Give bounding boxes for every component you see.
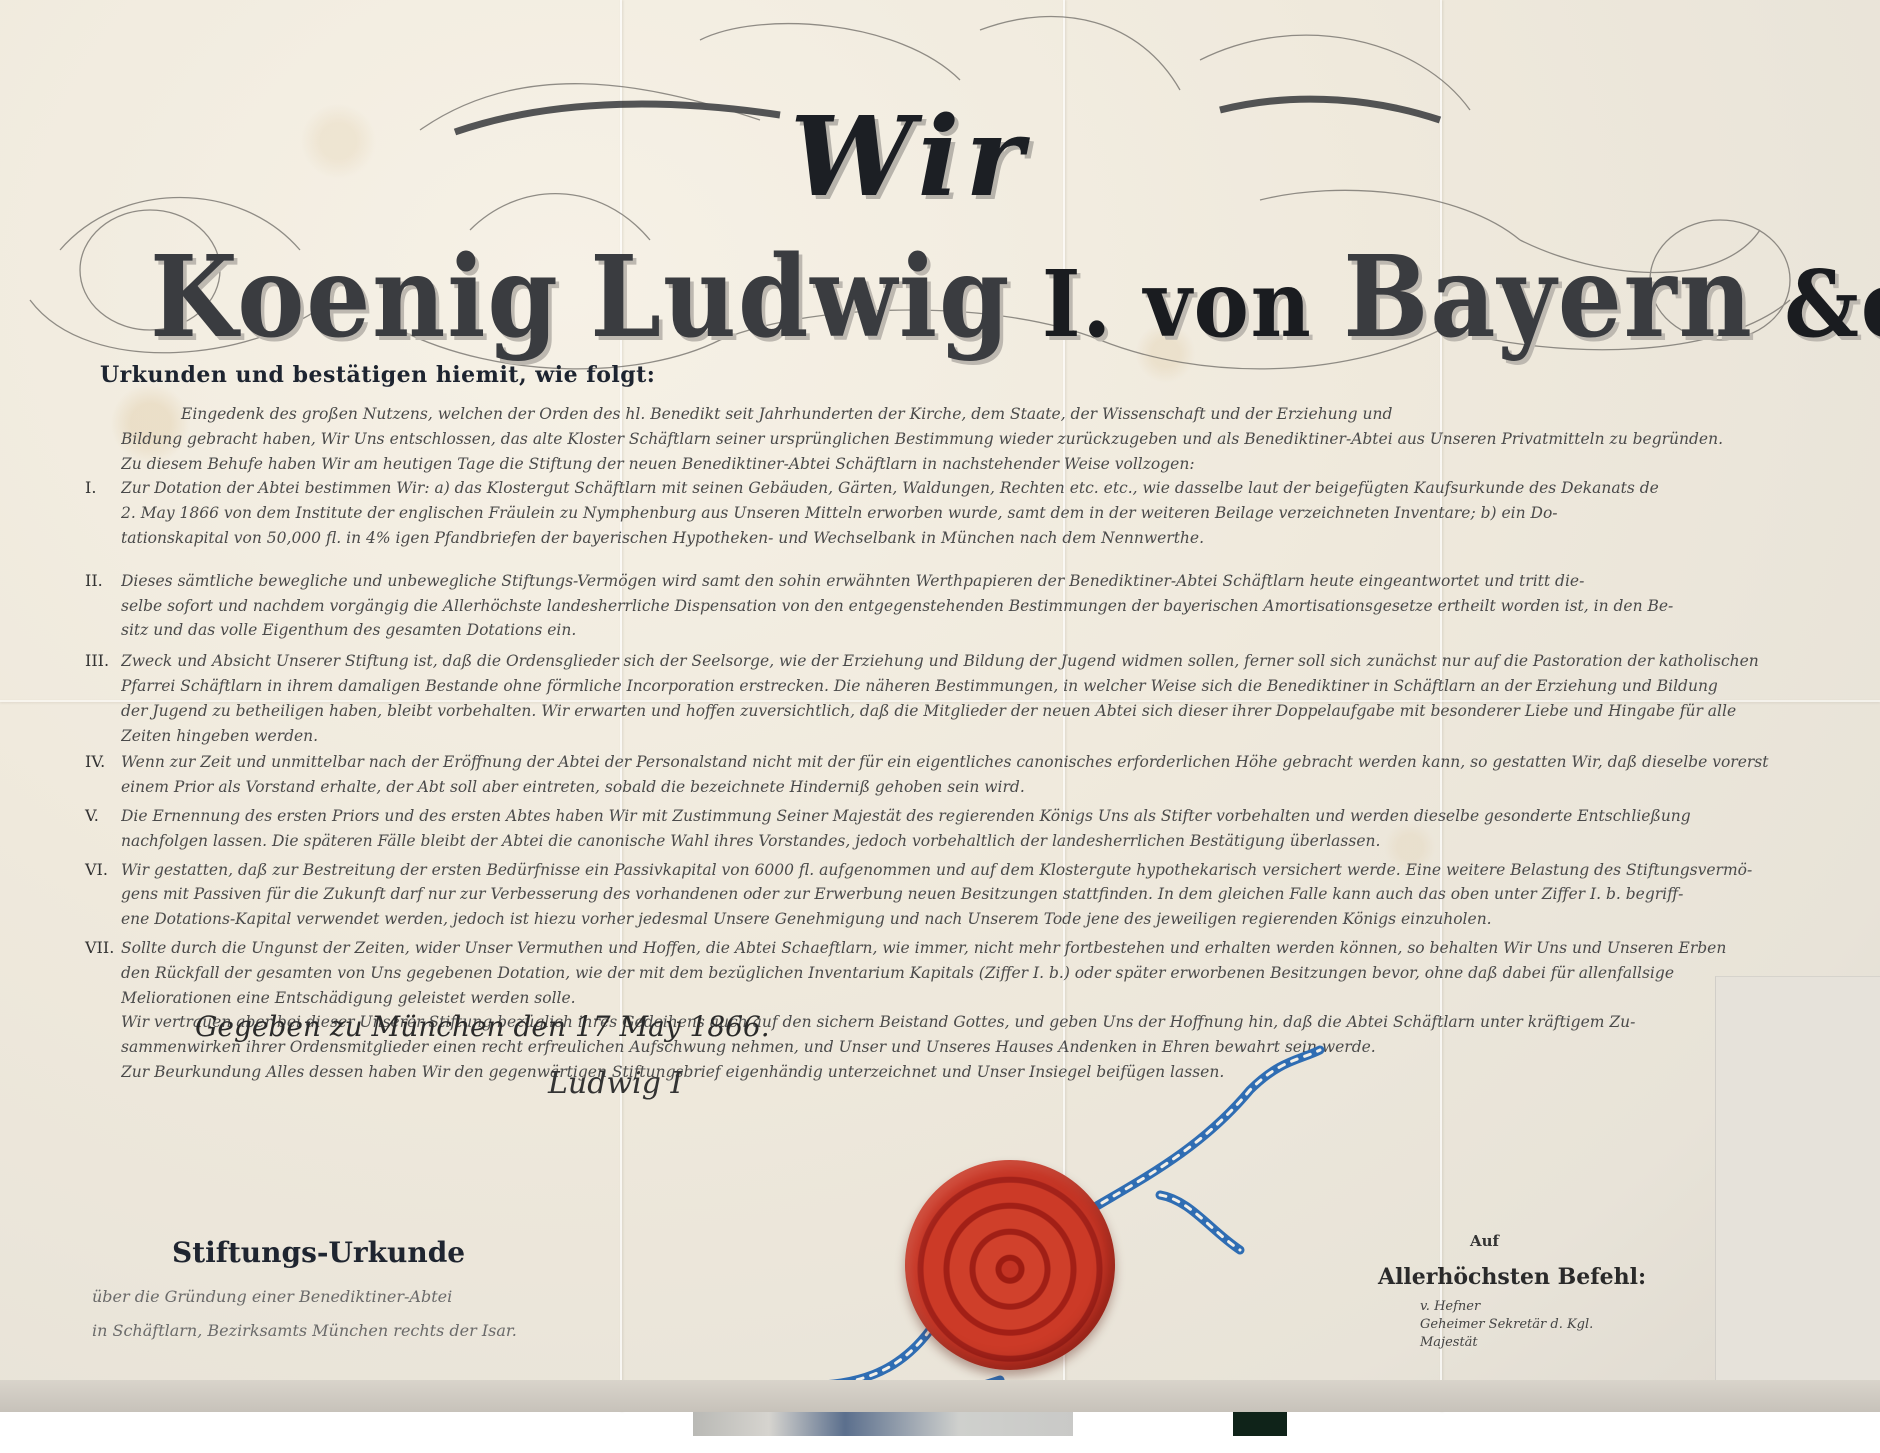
- image-artifact-strip: [693, 1412, 1073, 1436]
- wax-seal: [905, 1160, 1115, 1370]
- document-paper: Wir Koenig Ludwig I. von Bayern &c. &c. …: [0, 0, 1880, 1412]
- image-artifact-strip: [1233, 1412, 1287, 1436]
- paper-edge-shadow: [0, 1380, 1880, 1412]
